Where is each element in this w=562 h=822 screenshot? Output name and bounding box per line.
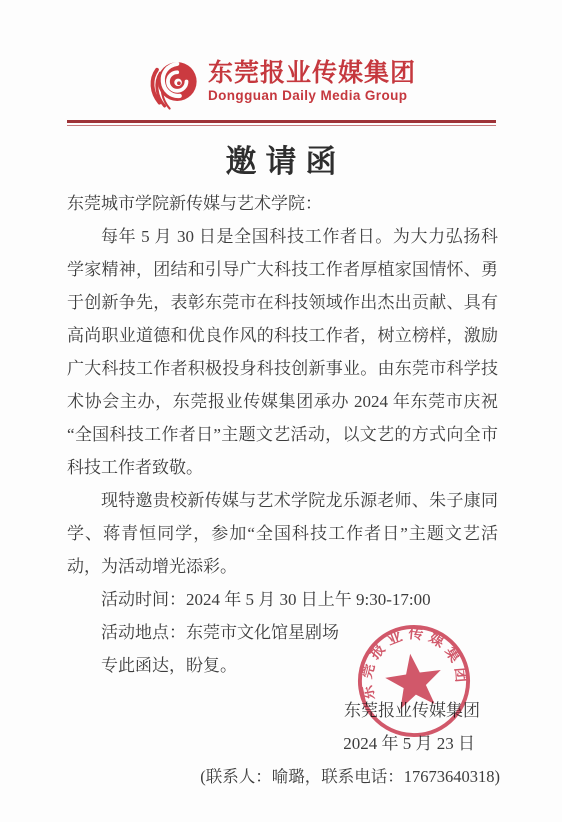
invitation-letter-page: 东莞报业传媒集团 Dongguan Daily Media Group 邀请函 … (0, 0, 562, 822)
letter-title: 邀请函 (0, 136, 562, 181)
closing-line: 专此函达，盼复。 (67, 649, 498, 682)
contact-line: (联系人：喻璐，联系电话：17673640318) (0, 760, 562, 793)
recipient-line: 东莞城市学院新传媒与艺术学院： (67, 187, 498, 220)
letter-body: 东莞城市学院新传媒与艺术学院： 每年 5 月 30 日是全国科技工作者日。为大力… (67, 187, 498, 682)
divider-thick-line (67, 120, 496, 123)
signature-org: 东莞报业传媒集团 (0, 694, 562, 727)
divider-thin-line (67, 125, 496, 126)
signature-block: 东莞报业传媒集团 2024 年 5 月 23 日 (联系人：喻璐，联系电话：17… (0, 694, 562, 793)
paragraph-intro: 每年 5 月 30 日是全国科技工作者日。为大力弘扬科学家精神，团结和引导广大科… (67, 220, 498, 484)
dongguan-media-logo-icon (146, 52, 200, 112)
header-divider (67, 120, 496, 126)
letterhead: 东莞报业传媒集团 Dongguan Daily Media Group (0, 0, 562, 112)
signature-date: 2024 年 5 月 23 日 (0, 727, 562, 760)
org-name-en: Dongguan Daily Media Group (208, 88, 407, 104)
event-venue-line: 活动地点：东莞市文化馆星剧场 (67, 616, 498, 649)
event-time-line: 活动时间：2024 年 5 月 30 日上午 9:30-17:00 (67, 583, 498, 616)
org-name-cn: 东莞报业传媒集团 (208, 60, 416, 88)
org-names: 东莞报业传媒集团 Dongguan Daily Media Group (208, 60, 416, 104)
paragraph-invitation: 现特邀贵校新传媒与艺术学院龙乐源老师、朱子康同学、蒋青恒同学，参加“全国科技工作… (67, 484, 498, 583)
